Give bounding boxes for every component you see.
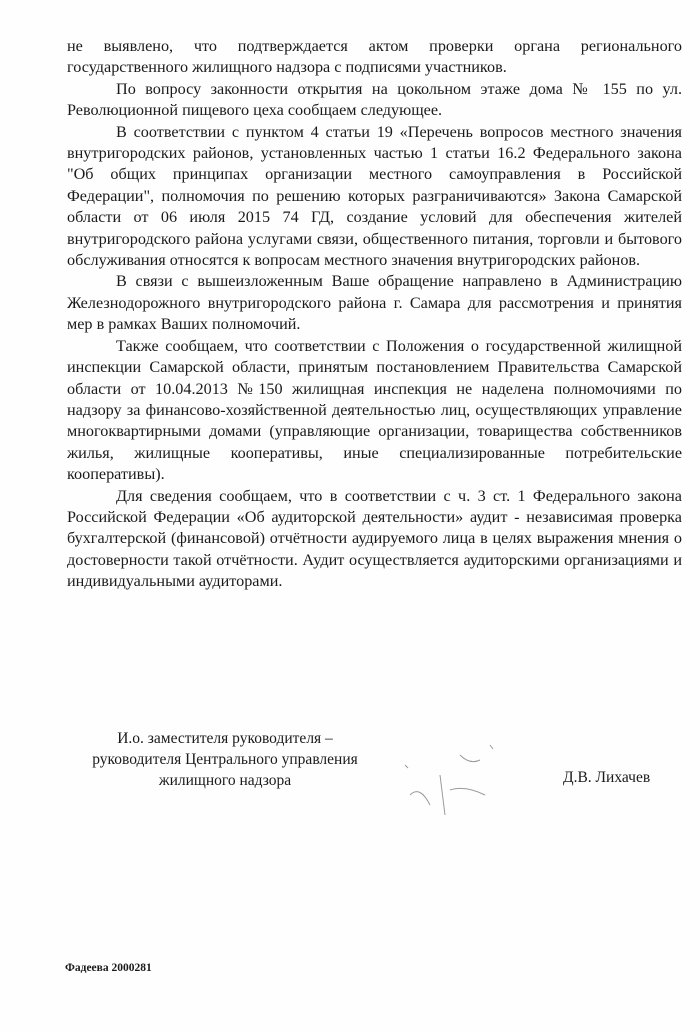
paragraph-inspection-authority: Также сообщаем, что соответствии с Полож…	[67, 336, 682, 486]
letter-body: не выявлено, что подтверждается актом пр…	[67, 36, 682, 593]
paragraph-redirected: В связи с вышеизложенным Ваше обращение …	[67, 271, 682, 335]
paragraph-audit-info: Для сведения сообщаем, что в соответстви…	[67, 486, 682, 593]
signatory-title-line: руководителя Центрального управления	[80, 749, 370, 770]
signatory-title: И.о. заместителя руководителя – руководи…	[80, 728, 370, 791]
signatory-name: Д.В. Лихачев	[563, 769, 650, 787]
signatory-title-line: И.о. заместителя руководителя –	[80, 728, 370, 749]
paragraph-inspection-result: не выявлено, что подтверждается актом пр…	[67, 36, 682, 79]
paragraph-law-reference: В соответствии с пунктом 4 статьи 19 «Пе…	[67, 122, 682, 272]
document-page: не выявлено, что подтверждается актом пр…	[0, 0, 700, 1033]
handwritten-signature-icon	[390, 735, 520, 825]
signatory-title-line: жилищного надзора	[80, 770, 370, 791]
paragraph-food-workshop: По вопросу законности открытия на цоколь…	[67, 79, 682, 122]
executor-note: Фадеева 2000281	[65, 962, 152, 974]
